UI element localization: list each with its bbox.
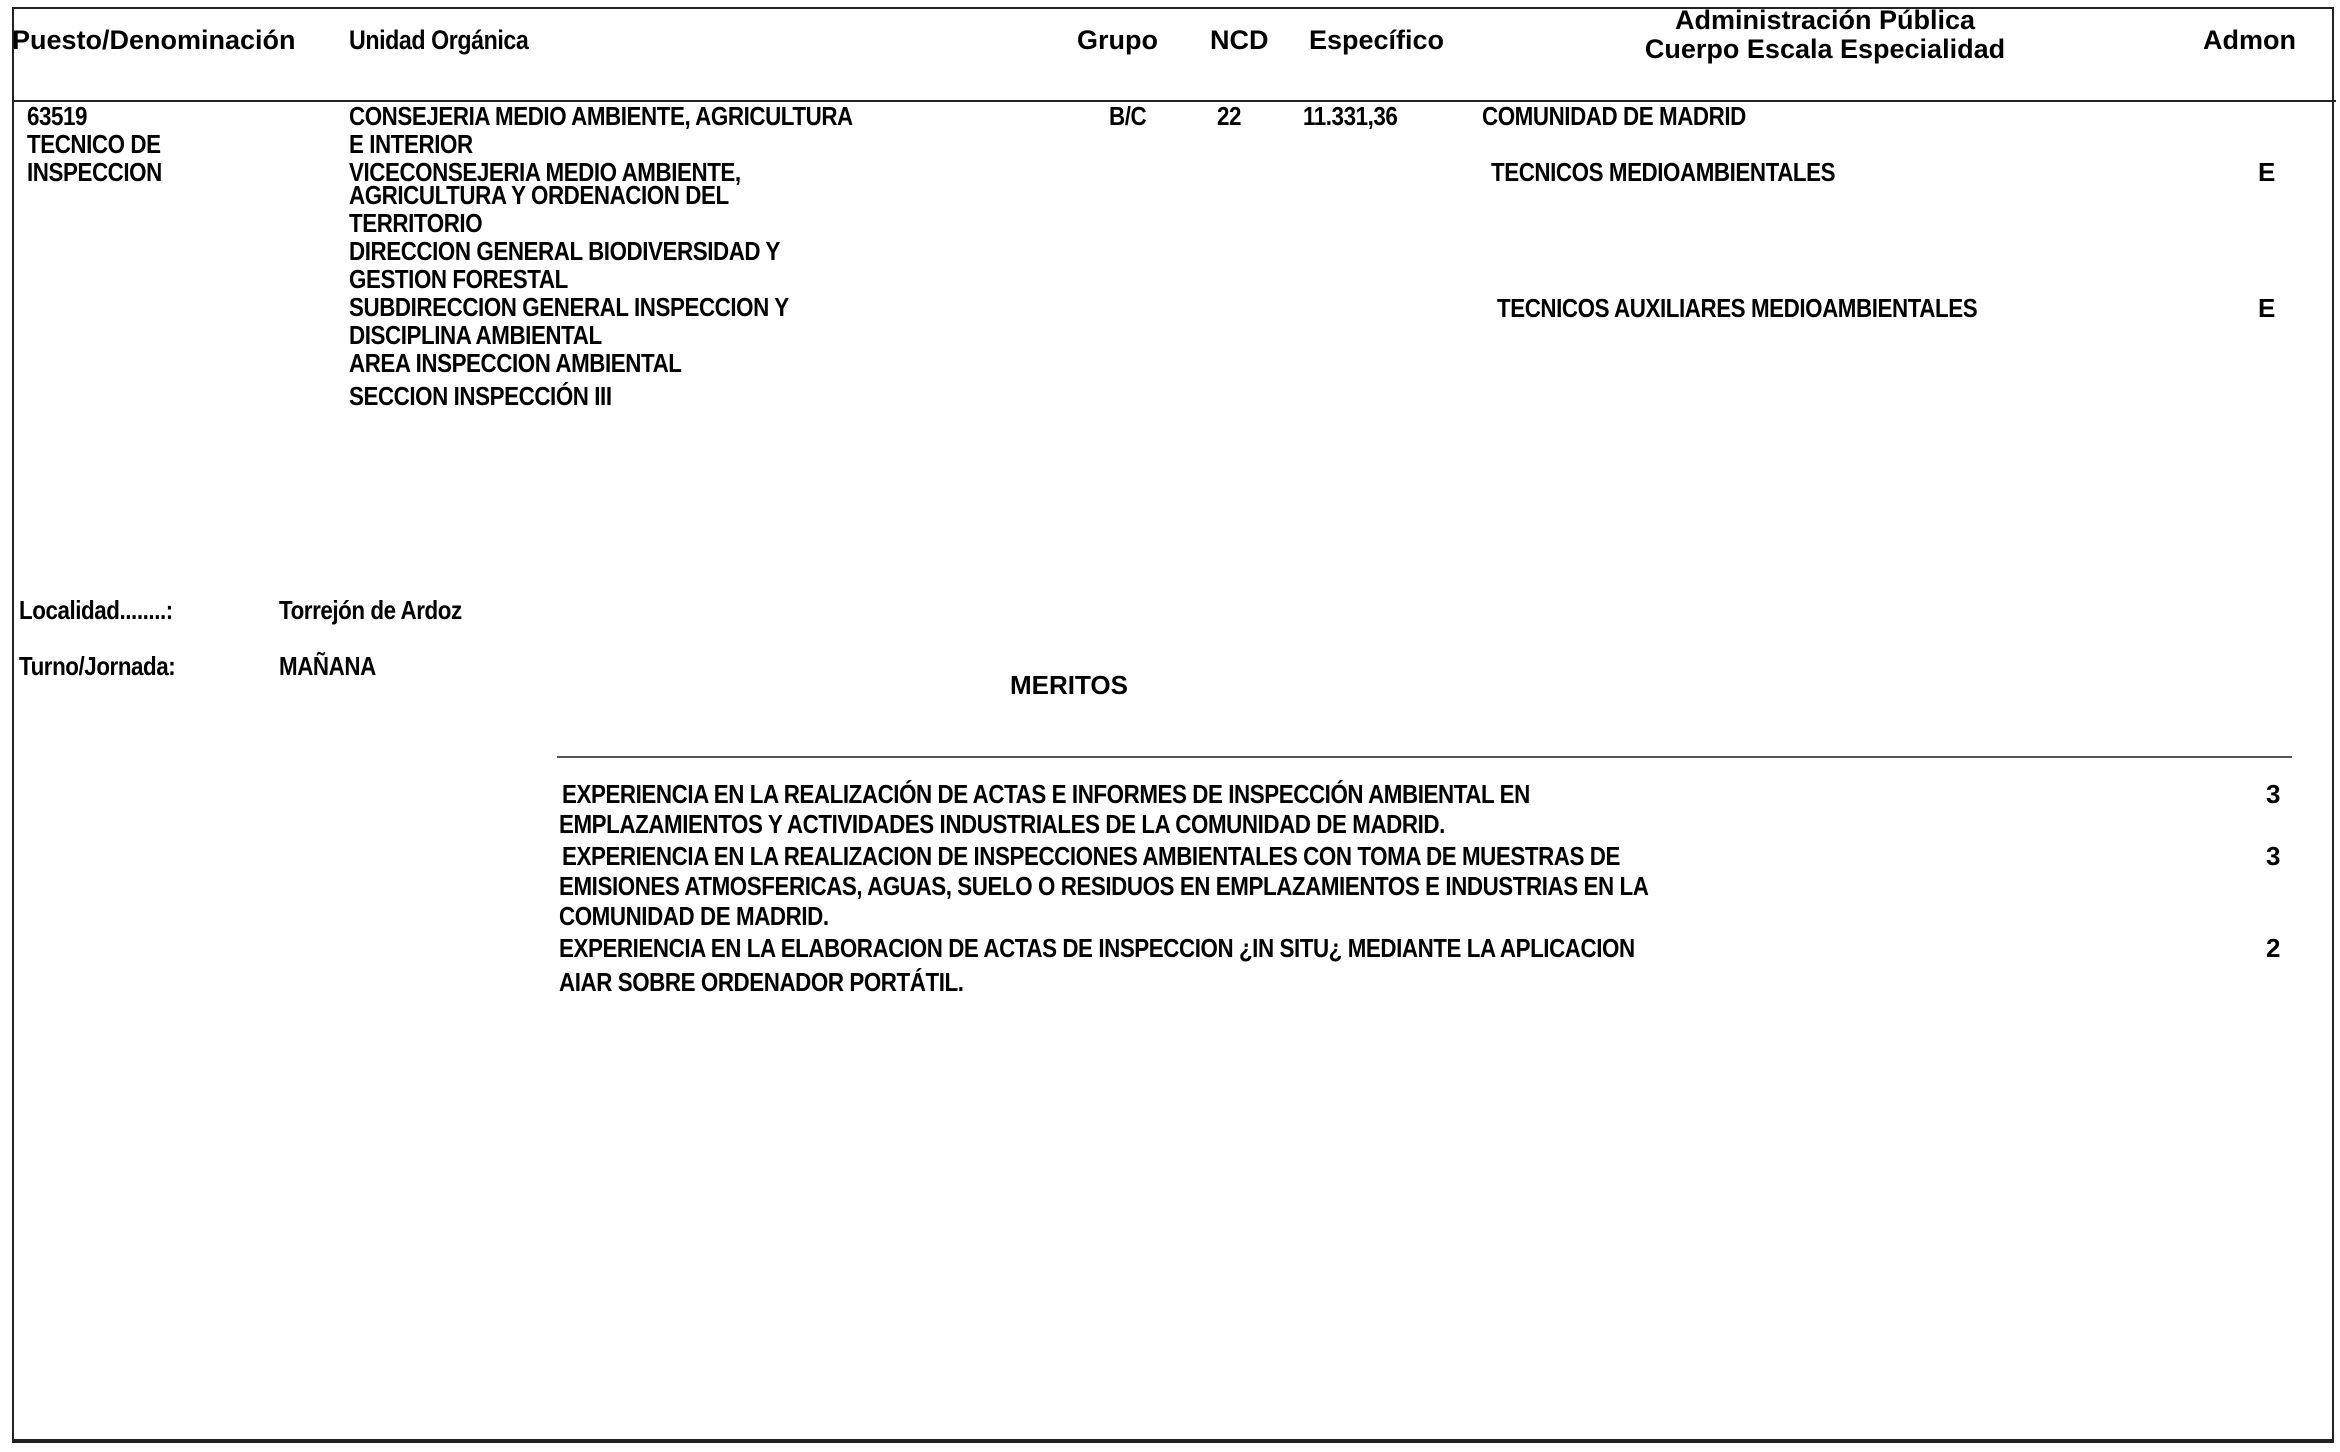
ncd-value: 22 xyxy=(1217,102,1241,130)
localidad-label: Localidad........: xyxy=(19,596,173,624)
denominacion-line: INSPECCION xyxy=(27,158,162,186)
merito-puntos: 3 xyxy=(2266,842,2280,870)
header-especifico: Específico xyxy=(1309,26,1444,54)
grupo-value: B/C xyxy=(1109,102,1146,130)
merito-line: EXPERIENCIA EN LA REALIZACIÓN DE ACTAS E… xyxy=(562,780,1530,808)
denominacion-line: TECNICO DE xyxy=(27,130,161,158)
especifico-value: 11.331,36 xyxy=(1303,102,1397,130)
unidad-line: TERRITORIO xyxy=(349,209,482,237)
cuerpo-admon: E xyxy=(2258,294,2275,322)
header-unidad: Unidad Orgánica xyxy=(349,26,528,54)
turno-label: Turno/Jornada: xyxy=(19,652,175,680)
merito-puntos: 2 xyxy=(2266,934,2280,962)
unidad-line: SECCION INSPECCIÓN III xyxy=(349,382,612,410)
unidad-line: AREA INSPECCION AMBIENTAL xyxy=(349,349,682,377)
header-ncd: NCD xyxy=(1210,26,1269,54)
cuerpo-name: TECNICOS AUXILIARES MEDIOAMBIENTALES xyxy=(1497,294,1977,322)
merito-line: EMISIONES ATMOSFERICAS, AGUAS, SUELO O R… xyxy=(559,872,1648,900)
localidad-value: Torrejón de Ardoz xyxy=(279,596,462,624)
unidad-line: DIRECCION GENERAL BIODIVERSIDAD Y xyxy=(349,237,780,265)
header-grupo: Grupo xyxy=(1077,26,1158,54)
merito-line: EMPLAZAMIENTOS Y ACTIVIDADES INDUSTRIALE… xyxy=(559,810,1445,838)
merito-puntos: 3 xyxy=(2266,780,2280,808)
unidad-line: DISCIPLINA AMBIENTAL xyxy=(349,321,602,349)
unidad-line: CONSEJERIA MEDIO AMBIENTE, AGRICULTURA xyxy=(349,102,853,130)
merito-line: EXPERIENCIA EN LA ELABORACION DE ACTAS D… xyxy=(559,934,1635,962)
header-administracion-line2: Cuerpo Escala Especialidad xyxy=(1580,35,2070,63)
unidad-line: GESTION FORESTAL xyxy=(349,265,568,293)
merito-line: COMUNIDAD DE MADRID. xyxy=(559,902,829,930)
puesto-codigo: 63519 xyxy=(27,102,87,130)
turno-value: MAÑANA xyxy=(279,652,376,680)
administracion-value: COMUNIDAD DE MADRID xyxy=(1482,102,1746,130)
unidad-line: AGRICULTURA Y ORDENACION DEL xyxy=(349,181,729,209)
merito-line: AIAR SOBRE ORDENADOR PORTÁTIL. xyxy=(559,968,963,996)
merito-line: EXPERIENCIA EN LA REALIZACION DE INSPECC… xyxy=(562,842,1620,870)
meritos-title: MERITOS xyxy=(1010,671,1128,699)
header-puesto: Puesto/Denominación xyxy=(12,26,296,54)
header-administracion-line1: Administración Pública xyxy=(1580,6,2070,34)
cuerpo-name: TECNICOS MEDIOAMBIENTALES xyxy=(1491,158,1835,186)
unidad-line: E INTERIOR xyxy=(349,130,473,158)
cuerpo-admon: E xyxy=(2258,158,2275,186)
meritos-divider xyxy=(557,756,2292,758)
unidad-line: SUBDIRECCION GENERAL INSPECCION Y xyxy=(349,293,789,321)
header-admon: Admon xyxy=(2203,26,2296,54)
